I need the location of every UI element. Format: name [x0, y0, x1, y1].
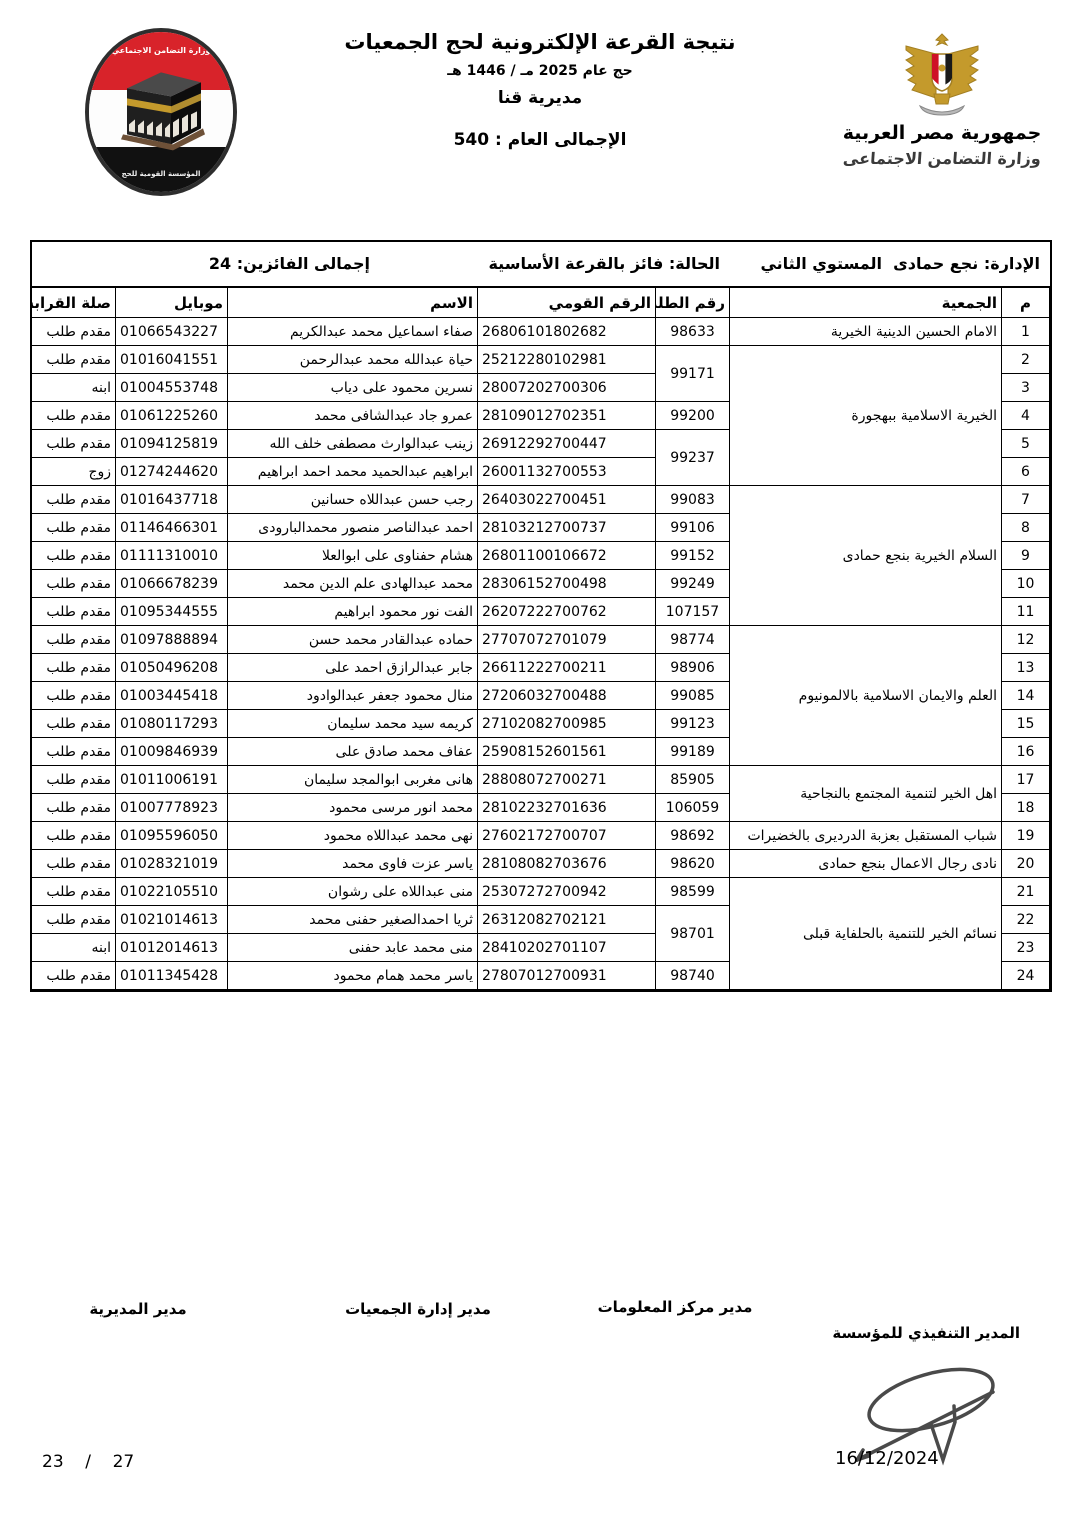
table-row: 1الامام الحسين الدينية الخيرية9863326806…: [32, 318, 1050, 346]
national-id-cell: 27102082700985: [478, 710, 656, 738]
name-cell: حماده عبدالقادر محمد حسن: [228, 626, 478, 654]
request-number-cell: 98740: [656, 962, 730, 990]
mobile-cell: 01028321019: [116, 850, 228, 878]
egypt-eagle-icon: [892, 32, 992, 118]
row-number-cell: 24: [1002, 962, 1050, 990]
national-id-cell: 26801100106672: [478, 542, 656, 570]
request-number-cell: 99152: [656, 542, 730, 570]
row-number-cell: 12: [1002, 626, 1050, 654]
mobile-cell: 01095344555: [116, 598, 228, 626]
name-cell: محمد عبدالهادى علم الدين محمد: [228, 570, 478, 598]
document-page: وزارة التضامن الاجتماعي المؤسسة القومية …: [0, 0, 1080, 1533]
relation-cell: مقدم طلب: [32, 766, 116, 794]
oval-logo-top-text: وزارة التضامن الاجتماعي: [89, 46, 233, 55]
name-cell: رجب حسن عبداللاه حسانين: [228, 486, 478, 514]
relation-cell: مقدم طلب: [32, 682, 116, 710]
mobile-cell: 01274244620: [116, 458, 228, 486]
mobile-cell: 01021014613: [116, 906, 228, 934]
col-header-request-number: رقم الطلب: [656, 288, 730, 318]
name-cell: محمد انور مرسى محمود: [228, 794, 478, 822]
request-number-cell: 98692: [656, 822, 730, 850]
request-number-cell: 98906: [656, 654, 730, 682]
row-number-cell: 15: [1002, 710, 1050, 738]
association-cell: السلام الخيرية بنجع حمادى: [730, 486, 1002, 626]
table-info-bar: الإدارة: نجع حمادى المستوي الثاني الحالة…: [32, 242, 1050, 287]
handwritten-signature: [835, 1348, 1015, 1496]
row-number-cell: 10: [1002, 570, 1050, 598]
winners-total-label: إجمالى الفائزين: 24: [209, 242, 370, 286]
relation-cell: مقدم طلب: [32, 346, 116, 374]
mobile-cell: 01009846939: [116, 738, 228, 766]
association-cell: الامام الحسين الدينية الخيرية: [730, 318, 1002, 346]
relation-cell: مقدم طلب: [32, 318, 116, 346]
row-number-cell: 13: [1002, 654, 1050, 682]
row-number-cell: 21: [1002, 878, 1050, 906]
relation-cell: مقدم طلب: [32, 850, 116, 878]
col-header-name: الاسم: [228, 288, 478, 318]
signature-associations-admin: مدير إدارة الجمعيات: [338, 1300, 498, 1318]
mobile-cell: 01097888894: [116, 626, 228, 654]
row-number-cell: 20: [1002, 850, 1050, 878]
relation-cell: ابنه: [32, 374, 116, 402]
association-cell: نادى رجال الاعمال بنجع حمادى: [730, 850, 1002, 878]
mobile-cell: 01094125819: [116, 430, 228, 458]
national-id-cell: 26207222700762: [478, 598, 656, 626]
mobile-cell: 01004553748: [116, 374, 228, 402]
request-number-cell: 98620: [656, 850, 730, 878]
national-id-cell: 28410202701107: [478, 934, 656, 962]
national-id-cell: 26403022700451: [478, 486, 656, 514]
request-number-cell: 99106: [656, 514, 730, 542]
request-number-cell: 98599: [656, 878, 730, 906]
document-date: 16/12/2024: [835, 1448, 939, 1469]
mobile-cell: 01061225260: [116, 402, 228, 430]
relation-cell: مقدم طلب: [32, 514, 116, 542]
relation-cell: مقدم طلب: [32, 710, 116, 738]
relation-cell: مقدم طلب: [32, 738, 116, 766]
name-cell: زينب عبدالوارث مصطفى خلف الله: [228, 430, 478, 458]
national-id-cell: 26912292700447: [478, 430, 656, 458]
col-header-national-id: الرقم القومي: [478, 288, 656, 318]
request-number-cell: 99237: [656, 430, 730, 486]
mobile-cell: 01003445418: [116, 682, 228, 710]
row-number-cell: 7: [1002, 486, 1050, 514]
relation-cell: مقدم طلب: [32, 962, 116, 990]
national-id-cell: 28103212700737: [478, 514, 656, 542]
mobile-cell: 01066678239: [116, 570, 228, 598]
request-number-cell: 98701: [656, 906, 730, 962]
table-row: 21نسائم الخير للتنمية بالحلفاية قبلى9859…: [32, 878, 1050, 906]
name-cell: جابر عبدالرازق احمد على: [228, 654, 478, 682]
national-id-cell: 27206032700488: [478, 682, 656, 710]
row-number-cell: 18: [1002, 794, 1050, 822]
name-cell: هانى مغربى ابوالمجد سليمان: [228, 766, 478, 794]
name-cell: منى محمد عابد حفنى: [228, 934, 478, 962]
col-header-index: م: [1002, 288, 1050, 318]
name-cell: نسرين محمود على دياب: [228, 374, 478, 402]
national-id-cell: 28102232701636: [478, 794, 656, 822]
name-cell: هشام حفناوى على ابوالعلا: [228, 542, 478, 570]
request-number-cell: 99171: [656, 346, 730, 402]
signature-information-center: مدير مركز المعلومات: [595, 1298, 755, 1316]
request-number-cell: 98633: [656, 318, 730, 346]
col-header-association: الجمعية: [730, 288, 1002, 318]
row-number-cell: 16: [1002, 738, 1050, 766]
mobile-cell: 01080117293: [116, 710, 228, 738]
row-number-cell: 11: [1002, 598, 1050, 626]
association-cell: نسائم الخير للتنمية بالحلفاية قبلى: [730, 878, 1002, 990]
mobile-cell: 01066543227: [116, 318, 228, 346]
directorate-name: مديرية قنا: [300, 88, 780, 108]
national-id-cell: 25307272700942: [478, 878, 656, 906]
relation-cell: مقدم طلب: [32, 402, 116, 430]
table-row: 2الخيرية الاسلامية ببهجورة99171252122801…: [32, 346, 1050, 374]
page-number: 23 / 27: [42, 1452, 134, 1472]
col-header-relation: صلة القرابه: [32, 288, 116, 318]
row-number-cell: 4: [1002, 402, 1050, 430]
national-id-cell: 28108082703676: [478, 850, 656, 878]
national-id-cell: 25212280102981: [478, 346, 656, 374]
relation-cell: مقدم طلب: [32, 430, 116, 458]
relation-cell: مقدم طلب: [32, 794, 116, 822]
relation-cell: مقدم طلب: [32, 654, 116, 682]
table-row: 17اهل الخير لتنمية المجتمع بالنجاحية8590…: [32, 766, 1050, 794]
name-cell: منى عبداللاه على رشوان: [228, 878, 478, 906]
name-cell: عفاف محمد صادق على: [228, 738, 478, 766]
state-emblem-block: جمهورية مصر العربية وزارة التضامن الاجتم…: [830, 32, 1054, 168]
row-number-cell: 9: [1002, 542, 1050, 570]
row-number-cell: 22: [1002, 906, 1050, 934]
ministry-foundation-logo: وزارة التضامن الاجتماعي المؤسسة القومية …: [85, 28, 237, 196]
row-number-cell: 19: [1002, 822, 1050, 850]
document-title: نتيجة القرعة الإلكترونية لحج الجمعيات: [300, 30, 780, 54]
signature-directorate-manager: مدير المديرية: [68, 1300, 208, 1318]
association-cell: اهل الخير لتنمية المجتمع بالنجاحية: [730, 766, 1002, 822]
table-row: 20نادى رجال الاعمال بنجع حمادى9862028108…: [32, 850, 1050, 878]
row-number-cell: 8: [1002, 514, 1050, 542]
association-cell: شباب المستقبل بعزبة الدرديرى بالخضيرات: [730, 822, 1002, 850]
request-number-cell: 99085: [656, 682, 730, 710]
col-header-mobile: موبايل: [116, 288, 228, 318]
row-number-cell: 23: [1002, 934, 1050, 962]
mobile-cell: 01016041551: [116, 346, 228, 374]
relation-cell: مقدم طلب: [32, 542, 116, 570]
mobile-cell: 01007778923: [116, 794, 228, 822]
national-id-cell: 28808072700271: [478, 766, 656, 794]
request-number-cell: 107157: [656, 598, 730, 626]
relation-cell: مقدم طلب: [32, 626, 116, 654]
name-cell: ثريا احمدالصغير حفنى محمد: [228, 906, 478, 934]
mobile-cell: 01111310010: [116, 542, 228, 570]
association-cell: الخيرية الاسلامية ببهجورة: [730, 346, 1002, 486]
name-cell: احمد عبدالناصر منصور محمدالبارودى: [228, 514, 478, 542]
request-number-cell: 99189: [656, 738, 730, 766]
mobile-cell: 01022105510: [116, 878, 228, 906]
national-id-cell: 26806101802682: [478, 318, 656, 346]
national-id-cell: 26312082702121: [478, 906, 656, 934]
relation-cell: مقدم طلب: [32, 598, 116, 626]
national-id-cell: 27707072701079: [478, 626, 656, 654]
name-cell: كريمه سيد محمد سليمان: [228, 710, 478, 738]
mobile-cell: 01146466301: [116, 514, 228, 542]
name-cell: ياسر محمد همام محمود: [228, 962, 478, 990]
relation-cell: زوج: [32, 458, 116, 486]
grand-total: الإجمالى العام : 540: [300, 130, 780, 150]
relation-cell: مقدم طلب: [32, 486, 116, 514]
row-number-cell: 6: [1002, 458, 1050, 486]
relation-cell: مقدم طلب: [32, 906, 116, 934]
results-table: م الجمعية رقم الطلب الرقم القومي الاسم م…: [31, 287, 1050, 990]
results-table-body: 1الامام الحسين الدينية الخيرية9863326806…: [32, 318, 1050, 990]
results-table-wrap: الإدارة: نجع حمادى المستوي الثاني الحالة…: [30, 240, 1052, 992]
name-cell: عمرو جاد عبدالشافى محمد: [228, 402, 478, 430]
national-id-cell: 28306152700498: [478, 570, 656, 598]
row-number-cell: 1: [1002, 318, 1050, 346]
name-cell: ياسر عزت فاوى محمد: [228, 850, 478, 878]
relation-cell: ابنه: [32, 934, 116, 962]
request-number-cell: 99083: [656, 486, 730, 514]
republic-name: جمهورية مصر العربية: [830, 122, 1054, 144]
request-number-cell: 85905: [656, 766, 730, 794]
request-number-cell: 98774: [656, 626, 730, 654]
table-row: 12العلم والايمان الاسلامية بالالمونيوم98…: [32, 626, 1050, 654]
name-cell: صفاء اسماعيل محمد عبدالكريم: [228, 318, 478, 346]
row-number-cell: 14: [1002, 682, 1050, 710]
row-number-cell: 17: [1002, 766, 1050, 794]
status-label: الحالة: فائز بالقرعة الأساسية: [488, 242, 720, 286]
row-number-cell: 2: [1002, 346, 1050, 374]
name-cell: نهى محمد عبداللاه محمود: [228, 822, 478, 850]
level-label: المستوي الثاني: [760, 242, 882, 286]
table-row: 19شباب المستقبل بعزبة الدرديرى بالخضيرات…: [32, 822, 1050, 850]
oval-logo-bottom-text: المؤسسة القومية للحج: [89, 170, 233, 178]
association-cell: العلم والايمان الاسلامية بالالمونيوم: [730, 626, 1002, 766]
national-id-cell: 27807012700931: [478, 962, 656, 990]
name-cell: منال محمود جعفر عبدالوادود: [228, 682, 478, 710]
request-number-cell: 99249: [656, 570, 730, 598]
name-cell: الفت نور محمود ابراهيم: [228, 598, 478, 626]
signature-executive-manager: المدير التنفيذي للمؤسسة: [850, 1324, 1020, 1342]
document-header: نتيجة القرعة الإلكترونية لحج الجمعيات حج…: [300, 30, 780, 150]
mobile-cell: 01095596050: [116, 822, 228, 850]
national-id-cell: 27602172700707: [478, 822, 656, 850]
national-id-cell: 25908152601561: [478, 738, 656, 766]
relation-cell: مقدم طلب: [32, 822, 116, 850]
administration-label: الإدارة: نجع حمادى: [893, 242, 1040, 286]
request-number-cell: 99123: [656, 710, 730, 738]
hajj-year-subtitle: حج عام 2025 مـ / 1446 هـ: [300, 63, 780, 79]
name-cell: ابراهيم عبدالحميد محمد احمد ابراهيم: [228, 458, 478, 486]
request-number-cell: 106059: [656, 794, 730, 822]
row-number-cell: 5: [1002, 430, 1050, 458]
table-row: 7السلام الخيرية بنجع حمادى99083264030227…: [32, 486, 1050, 514]
mobile-cell: 01011345428: [116, 962, 228, 990]
relation-cell: مقدم طلب: [32, 878, 116, 906]
row-number-cell: 3: [1002, 374, 1050, 402]
mobile-cell: 01011006191: [116, 766, 228, 794]
ministry-name: وزارة التضامن الاجتماعى: [829, 149, 1054, 168]
mobile-cell: 01016437718: [116, 486, 228, 514]
kaaba-icon: [109, 62, 213, 154]
table-header-row: م الجمعية رقم الطلب الرقم القومي الاسم م…: [32, 288, 1050, 318]
relation-cell: مقدم طلب: [32, 570, 116, 598]
mobile-cell: 01050496208: [116, 654, 228, 682]
name-cell: حياة عبدالله محمد عبدالرحمن: [228, 346, 478, 374]
mobile-cell: 01012014613: [116, 934, 228, 962]
national-id-cell: 28007202700306: [478, 374, 656, 402]
national-id-cell: 26611222700211: [478, 654, 656, 682]
national-id-cell: 28109012702351: [478, 402, 656, 430]
request-number-cell: 99200: [656, 402, 730, 430]
national-id-cell: 26001132700553: [478, 458, 656, 486]
